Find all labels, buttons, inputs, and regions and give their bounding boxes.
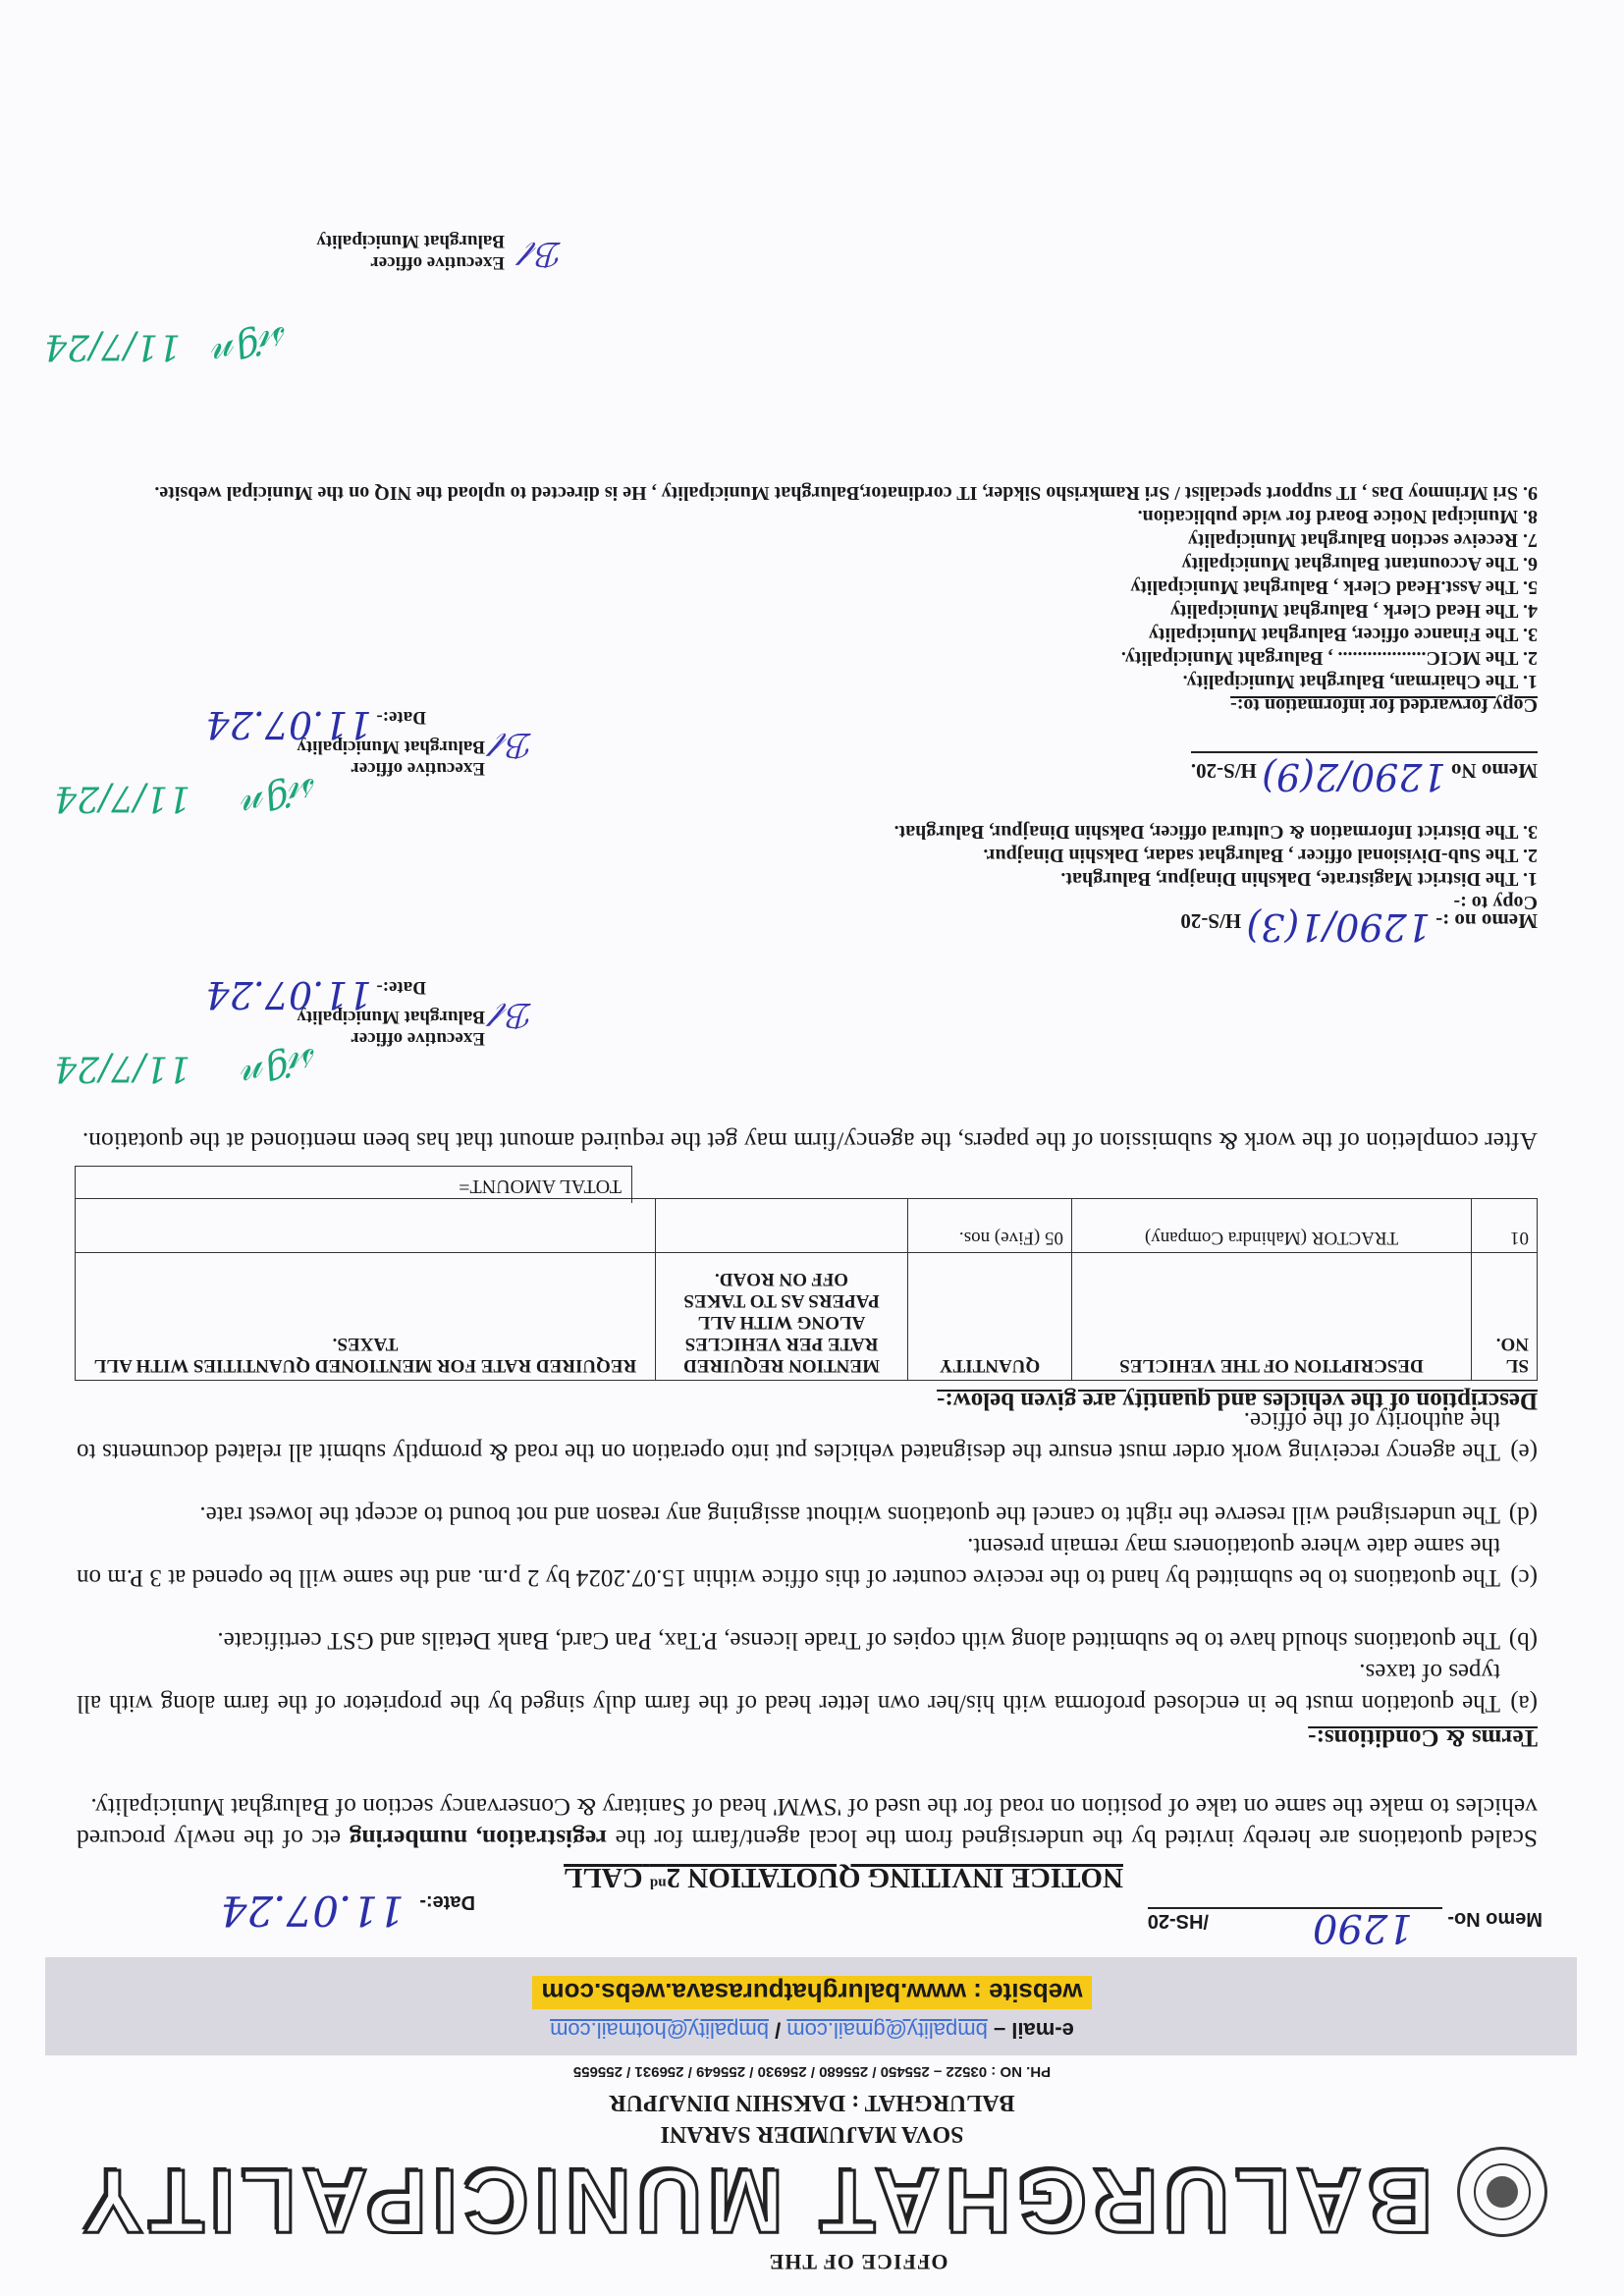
signature-designation: Executive officer	[205, 757, 485, 779]
copy2-memo-label: Memo No	[1451, 759, 1538, 783]
term-label: (b)	[1509, 1624, 1538, 1656]
cell-sl: 01	[1472, 1199, 1538, 1253]
memo-label: Memo No-	[1447, 1908, 1543, 1930]
cell-description: TRACTOR (Mahindra Company)	[1072, 1199, 1472, 1253]
blue-initials-icon: ℬ𝓁	[497, 725, 534, 764]
list-item: 3. The Finance officer, Balurghat Munici…	[75, 623, 1538, 646]
vehicles-table: SL NO. DESCRIPTION OF THE VEHICLES QUANT…	[75, 1198, 1538, 1381]
email-link-gmail[interactable]: bmpality@gmail.com	[786, 2018, 988, 2043]
address-line-2: BALURGHAT : DAKSHIN DINAJPUR	[0, 2089, 1624, 2115]
copy2-heading: Copy forwarded for information to:-	[75, 693, 1538, 717]
website-link[interactable]: website : www.balurghatpurasava.webs.com	[532, 1976, 1093, 2009]
email-link-hotmail[interactable]: bmpality@hotmail.com	[550, 2018, 769, 2043]
phone-numbers: PH. NO : 03522 – 255450 / 255680 / 25693…	[0, 2063, 1624, 2080]
email-line: e-mail – bmpality@gmail.com / bmpality@h…	[0, 2017, 1624, 2043]
col-rate-per-vehicle: MENTION REQUIRED RATE PER VEHICLES ALONG…	[656, 1253, 908, 1381]
intro-bold-registration: registration,	[476, 1825, 607, 1853]
email-label: e-mail –	[994, 2018, 1074, 2043]
term-text: The quotation must be in enclosed profor…	[77, 1656, 1500, 1719]
term-item: (d) The undersigned will reserve the rig…	[77, 1499, 1538, 1530]
list-item: 1. The District Magistrate, Dakshin Dina…	[894, 867, 1538, 891]
term-item: (c) The quotations to be submitted by ha…	[77, 1530, 1538, 1593]
list-item: 2. The Sub-Divisional officer , Balurgha…	[894, 844, 1538, 867]
signature-block: Executive officer Balurghat Municipality	[316, 230, 505, 273]
term-label: (a)	[1510, 1687, 1538, 1719]
signature-block: Executive officer Balurghat Municipality…	[205, 706, 485, 779]
term-label: (d)	[1509, 1499, 1538, 1530]
address-line-1: SOVA MAJUMDER SARANI	[0, 2120, 1624, 2147]
copy1-list: Copy to :- 1. The District Magistrate, D…	[894, 820, 1538, 914]
notice-title: NOTICE INVITING QUOTATION 2nd CALL	[564, 1861, 1123, 1893]
signature-designation: Executive officer	[205, 1027, 485, 1049]
term-item: (b) The quotations should have to be sub…	[77, 1624, 1538, 1656]
signature-designation: Executive officer	[316, 251, 505, 273]
term-label: (c)	[1510, 1561, 1538, 1593]
office-of-label: OFFICE OF THE	[92, 2249, 1624, 2274]
municipality-name: BALURGHAT MUNICIPALITY	[58, 2149, 1452, 2252]
table-row: 01 TRACTOR (Mahindra Company) 05 (Five) …	[76, 1199, 1538, 1253]
intro-text-1: Scaled quotations are hereby invited by …	[607, 1825, 1538, 1853]
term-text: The quotations to be submitted by hand t…	[77, 1530, 1500, 1593]
memo-suffix: /HS-20	[1148, 1909, 1209, 1932]
list-item: 2. The MCIC.................. , Balurgah…	[75, 646, 1538, 670]
notice-title-end: CALL	[564, 1862, 643, 1893]
signature-org: Balurghat Municipality	[316, 230, 505, 251]
vehicles-heading: Description of the vehicles and quantity…	[937, 1387, 1538, 1414]
table-header-row: SL NO. DESCRIPTION OF THE VEHICLES QUANT…	[76, 1253, 1538, 1381]
col-quantity: QUANTITY	[908, 1253, 1072, 1381]
municipality-seal-icon	[1457, 2147, 1547, 2237]
notice-title-text: NOTICE INVITING QUOTATION 2	[667, 1862, 1123, 1893]
cell-quantity: 05 (Five) nos.	[908, 1199, 1072, 1253]
date-label: Date:-	[419, 1891, 475, 1913]
blue-initials-icon: ℬ𝓁	[497, 995, 534, 1034]
list-item: 6. The Accountant Balurghat Municipality	[75, 552, 1538, 575]
green-signature-date: 11/7/24	[54, 778, 190, 818]
term-item: (a) The quotation must be in enclosed pr…	[77, 1656, 1538, 1719]
blue-initials-icon: ℬ𝓁	[526, 234, 564, 273]
cell-rate-per-vehicle[interactable]	[656, 1199, 908, 1253]
signature-date-handwritten: 11.07.24	[205, 973, 371, 1016]
col-sl: SL NO.	[1472, 1253, 1538, 1381]
list-item: 7. Receive section Balurghat Municipalit…	[75, 528, 1538, 552]
list-item: 9. Sri Mrinmoy Das , IT support speciali…	[75, 481, 1538, 505]
notice-title-sup: nd	[650, 1876, 667, 1891]
website-line: website : www.balurghatpurasava.webs.com	[0, 1977, 1624, 2007]
col-description: DESCRIPTION OF THE VEHICLES	[1072, 1253, 1472, 1381]
memo-date: Date:- 11.07.24	[221, 1886, 475, 1935]
copy2-list: Copy forwarded for information to:- 1. T…	[75, 481, 1538, 717]
term-text: The quotations should have to be submitt…	[77, 1624, 1500, 1656]
signature-date-label: Date:-	[376, 977, 426, 998]
copy2-memo: Memo No 1290/2(9) H/S-20.	[1191, 751, 1538, 798]
list-item: 1. The Chairman, Balurghat Municipality.	[75, 670, 1538, 693]
list-item: 8. Municipal Notice Board for wide publi…	[75, 505, 1538, 528]
green-signature-date: 11/7/24	[44, 326, 181, 366]
list-item: 5. The Asst.Head Clerk , Balurghat Munic…	[75, 575, 1538, 599]
copy1-heading: Copy to :-	[894, 891, 1538, 914]
after-completion-paragraph: After completion of the work & submissio…	[77, 1125, 1538, 1157]
list-item: 4. The Head Clerk , Balurghat Municipali…	[75, 599, 1538, 623]
copy2-memo-handwritten: 1290/2(9)	[1262, 755, 1446, 798]
cell-total-rate[interactable]	[76, 1199, 656, 1253]
intro-paragraph: Scaled quotations are hereby invited by …	[77, 1791, 1538, 1854]
memo-handwritten-number: 1290	[1313, 1905, 1413, 1950]
green-signature-icon: 𝓈𝒾𝑔𝓃	[208, 317, 294, 381]
terms-heading: Terms & Conditions:-	[1308, 1723, 1538, 1751]
copy2-memo-suffix: H/S-20.	[1191, 759, 1257, 783]
scanned-notice-page: OFFICE OF THE BALURGHAT MUNICIPALITY SOV…	[0, 0, 1624, 2296]
col-total-rate: REQUIRED RATE FOR MENTIONED QUANTITIES W…	[76, 1253, 656, 1381]
total-amount-box: TOTAL AMOUNT=	[75, 1166, 632, 1203]
intro-bold-numbering: numbering	[350, 1825, 467, 1853]
email-separator: /	[775, 2018, 781, 2043]
term-text: The undersigned will reserve the right t…	[77, 1499, 1500, 1530]
term-label: (e)	[1510, 1436, 1538, 1467]
memo-number: Memo No- 1290 /HS-20	[1148, 1907, 1543, 1933]
signature-block: Executive officer Balurghat Municipality…	[205, 976, 485, 1049]
green-signature-date: 11/7/24	[54, 1048, 190, 1088]
date-handwritten: 11.07.24	[221, 1886, 405, 1935]
list-item: 3. The District Information & Cultural o…	[894, 820, 1538, 844]
